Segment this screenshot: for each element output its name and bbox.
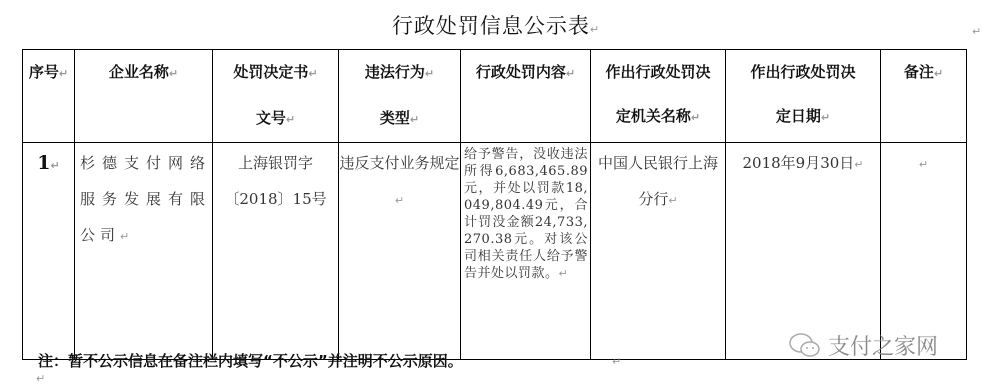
header-remarks: 备注↵ <box>881 50 967 143</box>
cell-decision-no: 上海银罚字〔2018〕15号 <box>213 143 339 360</box>
cell-index: 1↵ <box>23 143 75 360</box>
table-row: 1↵ 杉德支付网络服务发展有限公司↵ 上海银罚字〔2018〕15号 违反支付业务… <box>23 143 967 360</box>
penalty-table: 序号↵ 企业名称↵ 处罚决定书↵文号↵ 违法行为↵类型↵ 行政处罚内容↵ 作出行… <box>22 49 967 360</box>
header-company: 企业名称↵ <box>75 50 213 143</box>
watermark: 支付之家网 <box>788 330 938 361</box>
table-header-row: 序号↵ 企业名称↵ 处罚决定书↵文号↵ 违法行为↵类型↵ 行政处罚内容↵ 作出行… <box>23 50 967 143</box>
cell-company: 杉德支付网络服务发展有限公司↵ <box>75 143 213 360</box>
header-date: 作出行政处罚决定日期↵ <box>726 50 881 143</box>
header-index: 序号↵ <box>23 50 75 143</box>
cell-date: 2018年9月30日↵ <box>726 143 881 360</box>
cell-penalty-content: 给予警告，没收违法所得6,683,465.89元，并处以罚款18,049,804… <box>461 143 591 360</box>
paragraph-mark: ↵ <box>36 372 45 385</box>
cell-remarks: ↵ <box>881 143 967 360</box>
footnote: 注：暂不公示信息在备注栏内填写“不公示”并注明不公示原因。 <box>38 350 463 371</box>
paragraph-mark: ↵ <box>590 23 600 36</box>
title-text: 行政处罚信息公示表 <box>392 14 590 38</box>
header-authority: 作出行政处罚决定机关名称↵ <box>591 50 726 143</box>
page-title: 行政处罚信息公示表↵ <box>0 10 982 40</box>
header-decision-no: 处罚决定书↵文号↵ <box>213 50 339 143</box>
header-violation-type: 违法行为↵类型↵ <box>339 50 461 143</box>
wechat-icon <box>788 332 822 360</box>
paragraph-mark: ↵ <box>612 355 621 368</box>
paragraph-mark: ↵ <box>972 25 981 38</box>
watermark-text: 支付之家网 <box>828 330 938 361</box>
cell-violation-type: 违反支付业务规定↵ <box>339 143 461 360</box>
cell-authority: 中国人民银行上海分行↵ <box>591 143 726 360</box>
header-penalty-content: 行政处罚内容↵ <box>461 50 591 143</box>
